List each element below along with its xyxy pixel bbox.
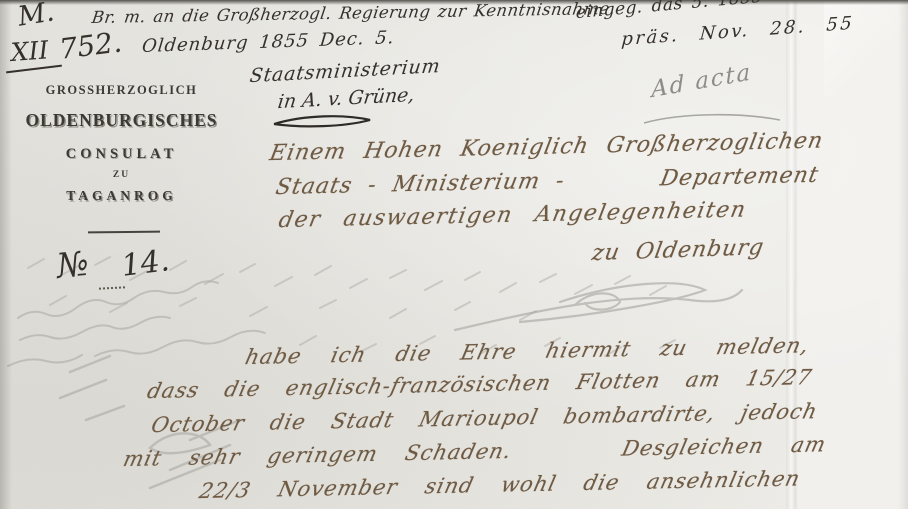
registry-mark: M.	[16, 0, 56, 31]
ad-acta-flourish	[640, 110, 784, 128]
document-scan: M. Br. m. an die Großherzogl. Regierung …	[0, 0, 908, 509]
letterhead-line-zu: ZU	[14, 171, 229, 181]
page-edge-right	[898, 0, 908, 509]
letterhead-line-oldenburgisches: OLDENBURGISCHES	[14, 112, 229, 130]
file-number-roman: XII	[10, 37, 49, 65]
ministry-note-flourish	[272, 113, 376, 129]
letterhead-line-taganrog: TAGANROG	[14, 189, 229, 203]
letterhead-line-consulat: CONSULAT	[14, 147, 229, 162]
reference-number: 14.	[120, 246, 171, 282]
address-line-4: zu Oldenburg	[590, 237, 766, 265]
letterhead-line-grossherzoglich: GROSSHERZOGLICH	[14, 84, 229, 97]
reference-no-sign: №	[55, 247, 91, 284]
page-edge-left	[0, 0, 12, 509]
file-number: 752.	[58, 28, 123, 63]
